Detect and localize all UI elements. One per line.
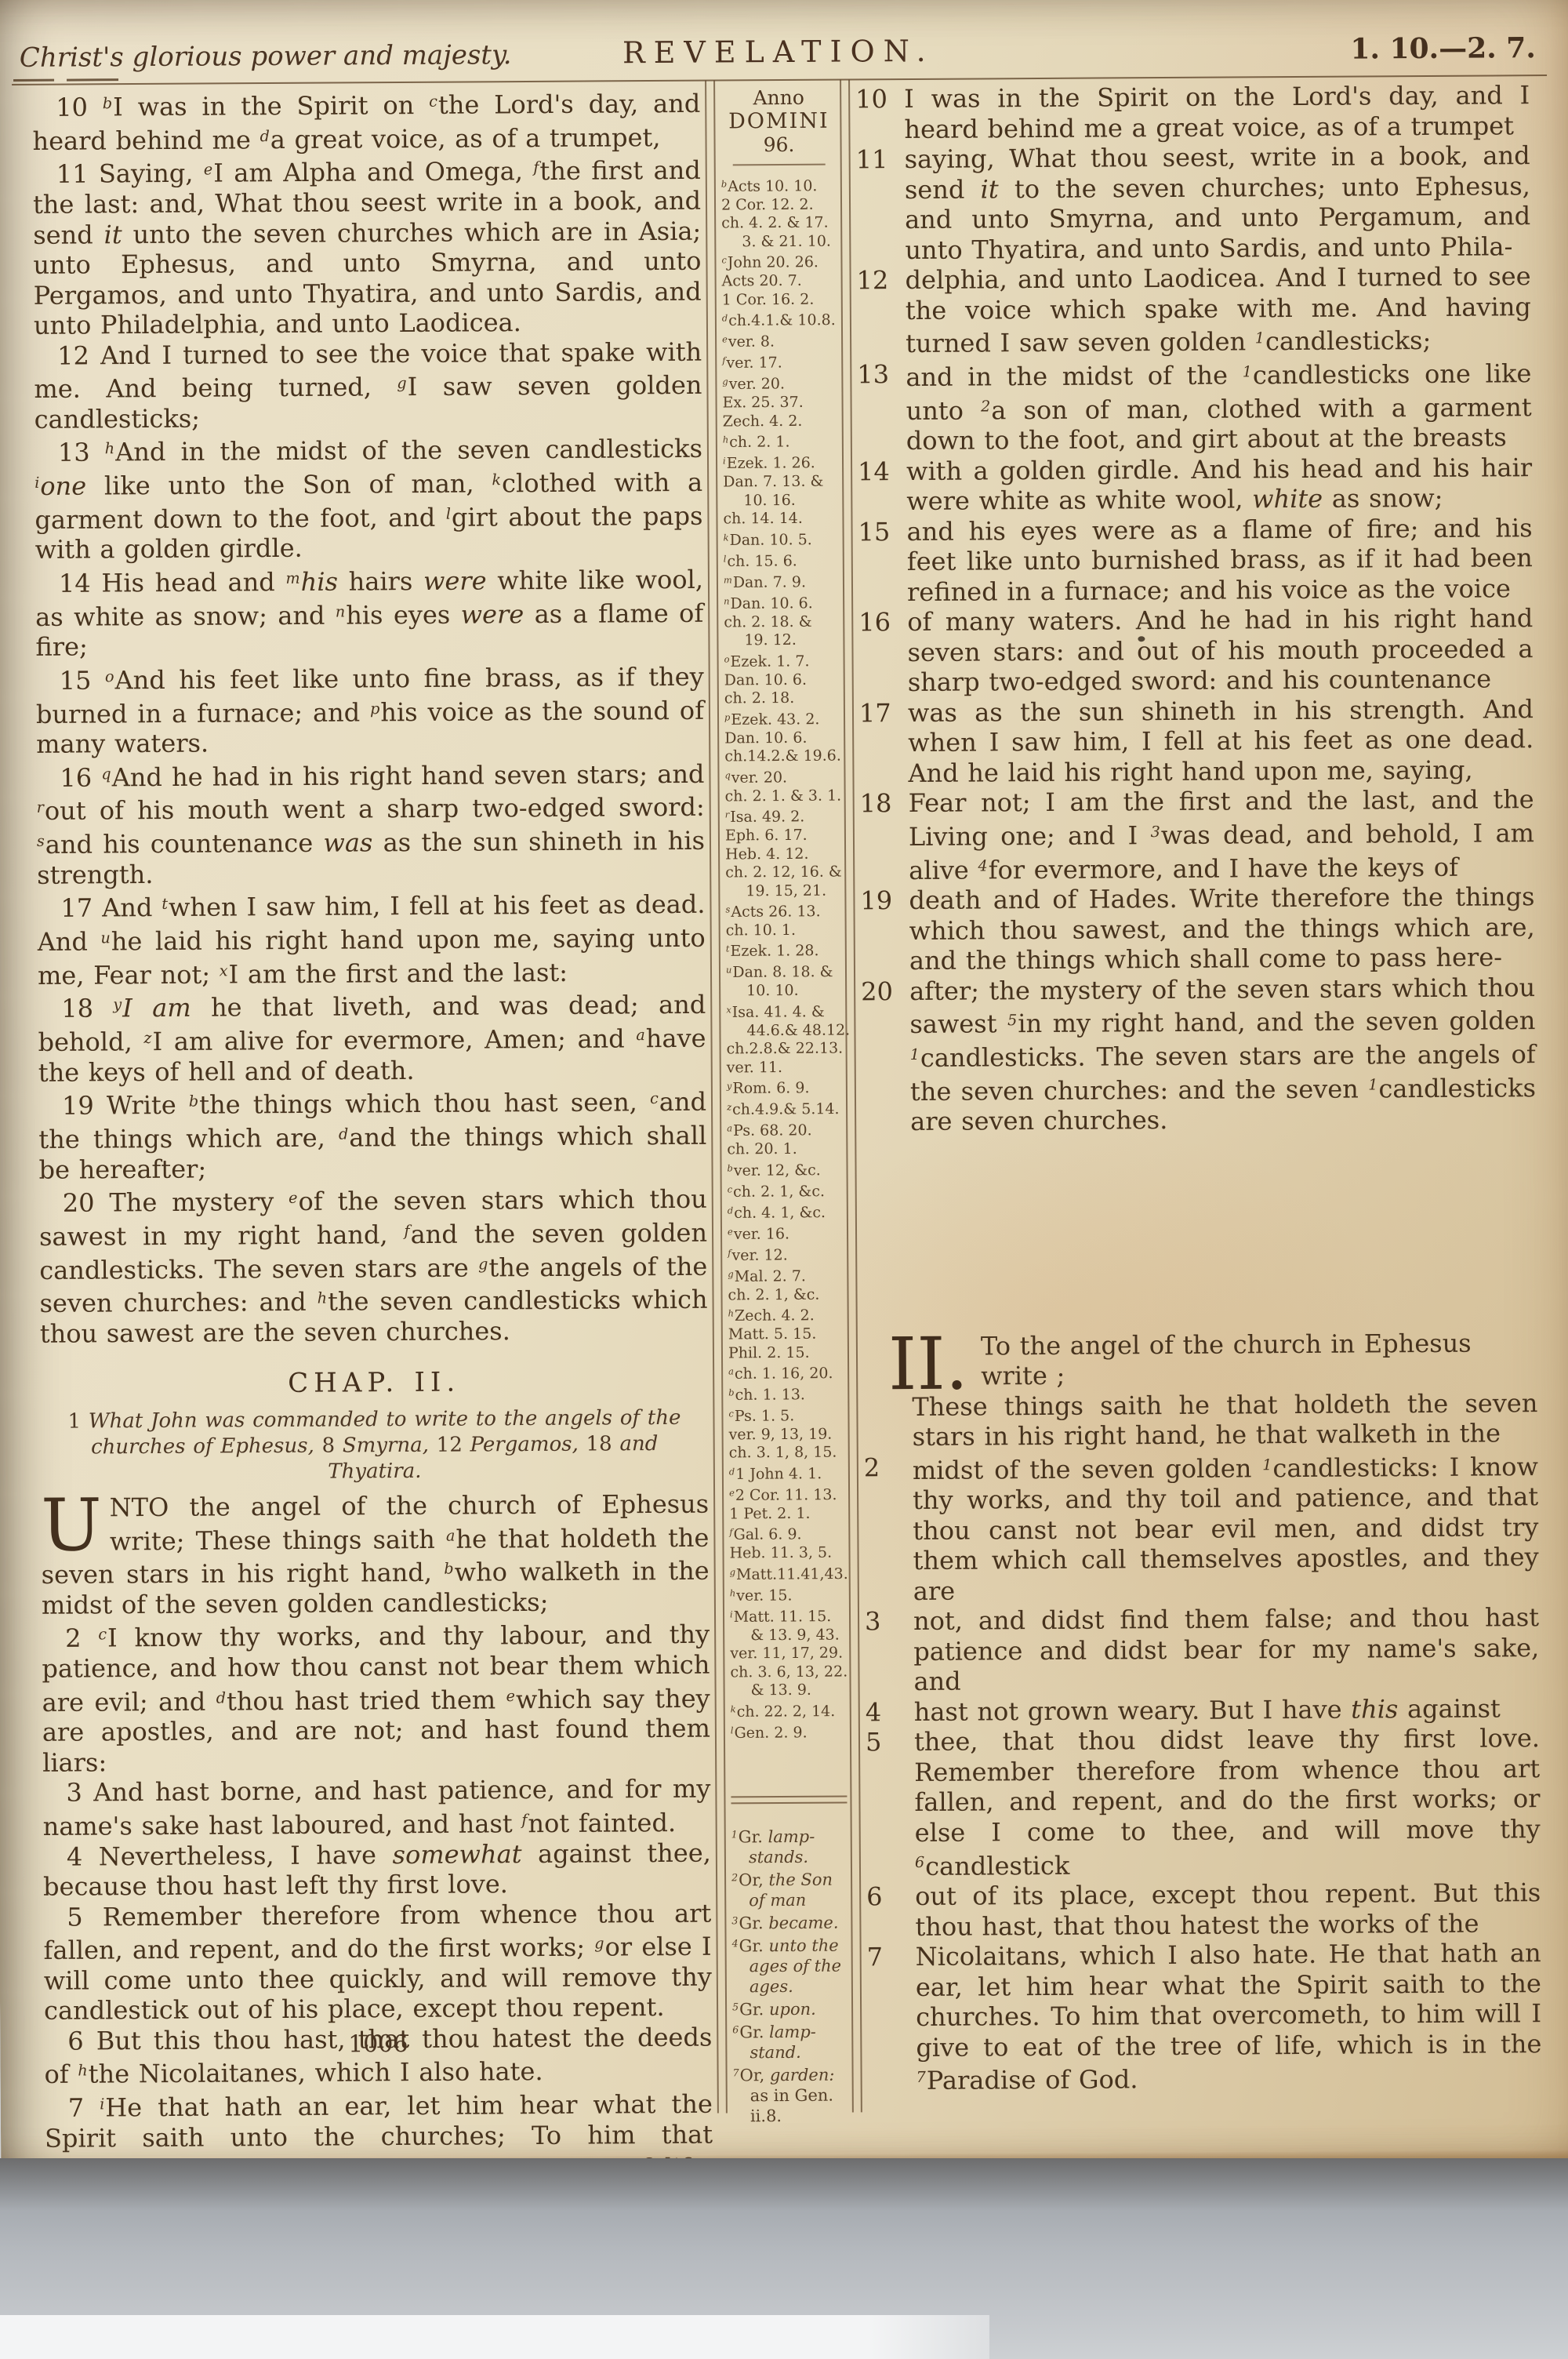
reference-line: ch.2.8.& 22.13. [727,1040,843,1059]
ref-mark: 6 [732,2023,739,2035]
ref-mark: b [103,94,112,112]
rv-verse: 10I was in the Spirit on the Lord's day,… [855,80,1530,144]
verse-number: 3 [865,1606,909,1637]
book-title: REVELATION. [0,30,1568,74]
reference-line: bch. 1. 13. [728,1383,844,1405]
reference-line: 3. & 21. 10. [721,233,837,252]
rv-verse: 13and in the midst of the 1candlesticks … [857,355,1532,456]
verse-number: 17 [859,698,903,729]
italic-text: Pergamos, [470,1433,579,1457]
italic-text: white [1252,484,1323,514]
ref-mark: g [728,1268,733,1279]
ref-mark: k [731,1703,736,1714]
ref-mark: a [636,1026,645,1044]
rv-verse: 2midst of the seven golden 1candlesticks… [864,1448,1539,1607]
footnote-line: 4Gr. unto the ages of the ages. [731,1932,848,1997]
ref-mark: 4 [978,857,987,875]
drop-cap: U [41,1492,110,1554]
rv-verse: 14with a golden girdle. And his head and… [858,453,1532,517]
ref-mark: u [100,929,110,947]
verse-paragraph: 20 The mystery eof the seven stars which… [39,1181,708,1350]
header-rule-dash [67,78,118,81]
verse-text: midst of the seven golden 1candlesticks:… [913,1452,1539,1606]
verse-number: 12 [857,265,901,296]
reference-line: ch. 4. 2. & 17. [721,214,837,233]
ref-mark: b [189,1092,198,1110]
reference-line: ver. 9, 13, 19. [729,1426,845,1445]
ref-mark: i [100,2095,104,2113]
ref-mark: n [724,595,729,606]
reference-line: ever. 16. [728,1222,844,1244]
ref-mark: h [105,440,114,458]
verse-text: and his eyes were as a flame of fire; an… [906,513,1532,607]
italic-text: lamp-stands. [749,1827,815,1867]
book-page: Christ's glorious power and majesty. REV… [0,0,1568,2173]
anno-line: 96. [720,133,837,158]
reference-line: Acts 20. 7. [722,272,838,291]
verse-text: death and of Hades. Write therefore the … [909,881,1534,976]
kjv-column: 10 bI was in the Spirit on cthe Lord's d… [32,85,713,2218]
rv-verse: 4hast not grown weary. But I have this a… [866,1693,1540,1728]
ref-mark: e [289,1189,297,1207]
rv-verse: 12delphia, and unto Laodicea. And I turn… [857,261,1532,359]
ref-mark: 1 [1368,1076,1377,1094]
ref-mark: 5 [1007,1011,1017,1029]
reference-line: ch. 3. 6, 13, 22. [730,1663,846,1681]
ref-mark: t [162,895,168,913]
rv-verse: 19death and of Hades. Write therefore th… [860,881,1535,976]
ref-mark: b [444,1560,453,1578]
rv-verse: 20after; the mystery of the seven stars … [861,972,1536,1137]
reference-line: dch. 4. 1, &c. [728,1201,844,1223]
reference-line: qver. 20. [724,765,840,787]
verse-text: with a golden girdle. And his head and h… [906,453,1532,516]
ref-mark: e [729,1487,735,1498]
reference-line: fver. 12. [728,1243,844,1265]
reference-line: Eph. 6. 17. [725,827,841,845]
anno-rule [733,164,826,166]
ref-mark: d [722,313,728,324]
verse-paragraph: 19 Write bthe things which thou hast see… [38,1084,707,1185]
ref-mark: b [721,178,727,189]
reference-line: aPs. 68. 20. [727,1119,843,1141]
verse-number: 6 [866,1881,910,1912]
reference-line: ach. 1. 16, 20. [728,1362,844,1384]
ref-mark: o [105,667,114,685]
ref-mark: f [533,158,539,176]
ref-mark: i [730,1608,733,1619]
reference-line: hZech. 4. 2. [728,1304,844,1326]
ref-mark: 7 [916,2068,926,2086]
rv-chapter-2-verses: These things saith he that holdeth the s… [863,1388,1541,2096]
verse-text: delphia, and unto Laodicea. And I turned… [906,261,1531,358]
verse-paragraph: 12 And I turned to see the voice that sp… [34,336,702,434]
verse-paragraph: 15 oAnd his feet like unto fine brass, a… [36,658,705,759]
anno-domini: Anno DOMINI 96. [720,86,837,158]
verse-text: and in the midst of the 1candlesticks on… [906,358,1531,456]
verse-text: These things saith he that holdeth the s… [912,1388,1537,1452]
ref-mark: f [729,1527,732,1538]
rv-verse: 17was as the sun shineth in his strength… [859,694,1534,789]
italic-text: unto the ages of the ages. [750,1936,841,1997]
verse-paragraph: 2 cI know thy works, and thy labour, and… [42,1616,710,1778]
reference-line: ch. 2. 12, 16. & [725,863,841,882]
ref-mark: p [370,700,379,718]
ref-mark: f [728,1247,731,1258]
reference-line: pEzek. 43. 2. [724,707,840,729]
reference-line: bActs 10. 10. [721,175,837,197]
verse-text: after; the mystery of the seven stars wh… [909,972,1536,1136]
reference-line: hch. 2. 1. [723,431,839,453]
ref-mark: c [98,1626,107,1644]
ref-mark: g [397,374,406,392]
verse-paragraph: 18 yI am he that liveth, and was dead; a… [38,987,706,1088]
ref-mark: d [728,1205,733,1216]
ref-mark: a [728,1365,734,1376]
ref-mark: k [724,532,729,543]
reference-line: sActs 26. 13. [725,900,841,922]
reference-line: 1 Pet. 2. 1. [729,1504,845,1523]
reference-line: xIsa. 41. 4. & [726,1000,842,1022]
verse-number: 5 [866,1727,909,1757]
reference-line: ch. 10. 1. [726,921,842,940]
ref-mark: e [722,334,728,345]
ref-mark: d [729,1466,735,1477]
verse-number: 14 [858,456,902,487]
rv-verse: 5thee, that thou didst leave thy first l… [866,1723,1541,1881]
verse-paragraph: 17 And twhen I saw him, I fell at his fe… [37,886,706,990]
reference-line: ch. 2. 18. & [724,612,840,631]
verse-text: I was in the Spirit on the Lord's day, a… [904,80,1530,144]
ref-mark: i [34,474,39,492]
ref-mark: q [101,765,111,783]
ref-mark: f [404,1222,409,1240]
reference-line: ver. 11. [727,1058,843,1077]
rv-verse: 16of many waters. And he had in his righ… [858,603,1534,698]
reference-line: dch.4.1.& 10.8. [722,309,838,331]
verse-text: of many waters. And he had in his right … [907,603,1533,697]
reference-line: ch. 14. 14. [723,510,839,529]
verse-paragraph: 10 bI was in the Spirit on cthe Lord's d… [32,85,701,157]
ref-mark: d [339,1125,348,1143]
verse-text: thee, that thou didst leave thy first lo… [914,1723,1541,1881]
verse-number: 15 [858,517,902,547]
reference-line: e2 Cor. 11. 13. [729,1483,845,1505]
ink-blot [1138,636,1145,642]
verse-number: 10 [855,84,899,114]
ref-mark: u [726,965,731,976]
verse-text: hast not grown weary. But I have this ag… [914,1693,1501,1727]
ref-mark: s [37,832,45,850]
ref-mark: y [727,1081,732,1092]
italic-text: Smyrna, [343,1434,429,1458]
reference-line: tEzek. 1. 28. [726,940,842,961]
reference-line: lGen. 2. 9. [731,1721,847,1743]
ref-mark: 1 [731,1828,738,1840]
verse-number: 7 [867,1942,911,1972]
rv-verse: 7Nicolaitans, which I also hate. He that… [867,1938,1542,2096]
reference-line: 19. 12. [724,631,840,650]
footnote-line: 5Gr. upon. [732,1996,848,2019]
ref-mark: b [727,1162,732,1173]
ref-mark: p [724,711,730,722]
ref-mark: h [78,2062,87,2080]
ref-mark: l [731,1725,734,1736]
ref-mark: m [724,574,732,585]
ref-mark: 7 [733,2066,739,2078]
ref-mark: e [728,1226,733,1237]
reference-line: ever. 8. [722,330,838,352]
reference-line: hver. 15. [730,1583,846,1605]
rv-column: 10I was in the Spirit on the Lord's day,… [855,80,1542,2096]
reference-line: 10. 16. [723,491,839,510]
reference-line: ch.14.2.& 19.6. [724,747,840,766]
reference-line: cch. 2. 1, &c. [728,1179,844,1201]
reference-line: Heb. 4. 12. [725,845,841,863]
italic-text: were [461,599,524,629]
ref-mark: 3 [731,1914,738,1926]
verse-number: 4 [866,1697,909,1728]
ref-mark: 1 [910,1045,920,1063]
desk-background [0,2158,1568,2359]
ref-mark: a [446,1526,456,1544]
reference-line: mDan. 7. 9. [724,570,840,592]
cross-references: bActs 10. 10.2 Cor. 12. 2.ch. 4. 2. & 17… [721,175,847,1743]
reference-line: uDan. 8. 18. & [726,961,842,983]
reference-line: gver. 20. [722,373,838,394]
ref-mark: a [727,1123,732,1134]
ref-mark: b [728,1387,734,1398]
verse-number: 2 [864,1452,908,1483]
ref-mark: c [728,1408,733,1419]
reference-line: fGal. 6. 9. [729,1523,845,1545]
ref-mark: x [726,1004,731,1015]
ref-mark: 1 [1262,1456,1272,1474]
footnote-line: 2Or, the Son of man [731,1866,848,1910]
ref-mark: 5 [732,2001,739,2012]
reference-line: cPs. 1. 5. [728,1405,844,1427]
verse-number: 16 [858,607,902,638]
ref-mark: c [429,93,437,111]
ref-mark: 3 [1150,823,1160,841]
ref-mark: 1 [1243,362,1252,380]
reference-line: bver. 12, &c. [727,1158,843,1180]
reference-line: fver. 17. [722,351,838,373]
chapter-summary: 1 What John was commanded to write to th… [40,1405,709,1487]
reference-line: d1 John 4. 1. [729,1463,845,1485]
ref-mark: n [336,602,345,620]
ref-mark: r [37,798,44,816]
reference-line: gMatt.11.41,43. [730,1562,846,1584]
ref-mark: l [724,553,727,564]
ref-mark: 2 [981,398,990,416]
ref-mark: 6 [915,1853,924,1871]
reference-line: nDan. 10. 6. [724,591,840,613]
italic-text: was [323,828,372,858]
italic-text: one [40,471,86,501]
ref-mark: g [478,1255,488,1273]
rv-chapter-1: 10I was in the Spirit on the Lord's day,… [855,80,1536,1137]
verse-paragraph: 13 hAnd in the midst of the seven candle… [34,431,703,565]
reference-line: Matt. 5. 15. [728,1325,844,1344]
reference-line: kDan. 10. 5. [724,528,840,550]
reference-line: Dan. 10. 6. [724,671,840,689]
ref-mark: k [492,471,501,489]
footnote-line: 1Gr. lamp-stands. [731,1823,848,1867]
ref-mark: c [728,1183,732,1194]
reference-line: ch. 2. 18. [724,689,840,708]
reference-line: yRom. 6. 9. [727,1077,843,1099]
reference-line: 10. 10. [726,982,842,1001]
reference-line: gMal. 2. 7. [728,1264,844,1286]
reference-line: lch. 15. 6. [724,549,840,571]
verse-number: 11 [856,144,900,175]
ref-mark: e [506,1687,515,1705]
ref-mark: 4 [732,1937,739,1949]
verse-text: out of its place, except thou repent. Bu… [915,1877,1541,1941]
ref-mark: z [727,1102,731,1113]
italic-text: it [103,220,122,249]
italic-text: I am [122,993,191,1023]
verse-text: saying, What thou seest, write in a book… [905,140,1531,264]
verse-text: Fear not; I am the first and the last, a… [909,784,1534,885]
verse-number: 20 [861,976,905,1007]
italic-text: somewhat [392,1839,521,1870]
chapter-heading: CHAP. II. [40,1365,708,1400]
footnotes: 1Gr. lamp-stands.2Or, the Son of man3Gr.… [731,1823,849,2126]
ref-mark: 1 [1255,329,1265,347]
ref-mark: h [723,434,728,445]
rv-verse: These things saith he that holdeth the s… [863,1388,1537,1452]
reference-line: ver. 11, 17, 29. [730,1645,846,1663]
ref-mark: g [722,376,728,387]
verse-number: 13 [857,359,901,390]
italic-text: upon. [769,2000,816,2019]
reference-line: cJohn 20. 26. [721,251,837,273]
verse-paragraph: 11 Saying, eI am Alpha and Omega, fthe f… [33,152,702,340]
reference-line: Dan. 7. 13. & [723,473,839,492]
verse-paragraph: 5 Remember therefore from whence thou ar… [43,1898,712,2026]
reference-line: rIsa. 49. 2. [725,805,841,827]
verse-text: Nicolaitans, which I also hate. He that … [916,1938,1542,2095]
ref-mark: m [285,569,299,587]
footnote-separator [731,1795,847,1804]
italic-text: his [301,567,338,597]
reference-line: Ex. 25. 37. [723,394,839,413]
italic-text: the Son of man [749,1870,833,1910]
footnote-line: 3Gr. became. [731,1910,848,1933]
italic-text: were [423,565,487,595]
footnote-line: 6Gr. lamp-stand. [732,2019,848,2063]
chapter-numeral: II. [888,1328,968,1401]
reference-line: ch. 2. 1. & 3. 1. [725,787,841,805]
ref-mark: c [650,1089,659,1107]
rv-verse: 6out of its place, except thou repent. B… [866,1877,1541,1942]
reference-line: iEzek. 1. 26. [723,452,839,474]
verse-text: not, and didst find them false; and thou… [913,1602,1539,1696]
verse-range: 1. 10.—2. 7. [1350,31,1536,65]
verse-paragraph: UNTO the angel of the church of Ephesus … [41,1489,710,1621]
anno-line: DOMINI [720,110,837,134]
anno-line: Anno [720,86,837,111]
reference-line: Heb. 11. 3, 5. [729,1544,845,1563]
rv-verse: 18Fear not; I am the first and the last,… [860,784,1535,885]
reference-line: & 13. 9, 43. [730,1626,846,1645]
reference-line: 2 Cor. 12. 2. [721,196,837,215]
ref-mark: l [446,504,451,522]
ref-mark: e [204,161,212,179]
italic-text: became. [768,1913,838,1932]
reference-line: 44.6.& 48.12. [726,1021,842,1040]
verse-paragraph: 14 His head and mhis hairs were white li… [35,562,704,663]
ref-mark: r [725,809,730,820]
verse-number: 19 [860,885,904,916]
reference-line: ch. 3. 1, 8, 15. [729,1444,845,1463]
italic-text: garden: [770,2066,835,2085]
reference-line: ch. 20. 1. [727,1140,843,1159]
ref-mark: o [724,653,730,664]
ref-mark: h [728,1307,734,1318]
ref-mark: f [722,355,725,366]
reference-line: & 13. 9. [731,1681,847,1700]
ref-mark: q [724,769,730,780]
ref-mark: c [721,255,726,266]
reference-line: Phil. 2. 15. [728,1343,844,1362]
reference-line: 19. 15, 21. [725,881,841,900]
reference-line: zch.4.9.& 5.14. [727,1098,843,1120]
ref-mark: t [726,943,730,954]
verse-paragraph: 16 qAnd he had in his right hand seven s… [36,755,705,890]
italic-text: this [1351,1694,1398,1724]
ref-mark: g [730,1566,735,1577]
ref-mark: d [216,1688,226,1707]
italic-text: it [980,174,998,204]
ref-mark: h [730,1587,735,1598]
desk-white-strip [0,2315,989,2359]
ref-mark: y [113,996,122,1014]
ref-mark: s [725,903,730,914]
reference-line: iMatt. 11. 15. [730,1605,846,1627]
ref-mark: g [594,1935,604,1953]
header-rule-dash [13,79,54,82]
verse-number: 18 [860,788,904,819]
ref-mark: f [521,1811,527,1829]
rv-verse: 15and his eyes were as a flame of fire; … [858,513,1533,608]
ref-mark: h [318,1289,327,1307]
rv-verse: 11saying, What thou seest, write in a bo… [856,140,1531,265]
ref-mark: 2 [731,1871,738,1883]
italic-text: lamp-stand. [750,2023,816,2063]
reference-column: Anno DOMINI 96. bActs 10. 10.2 Cor. 12. … [720,86,849,2127]
ref-mark: x [220,961,228,980]
verse-paragraph: 4 Nevertheless, I have somewhat against … [43,1837,711,1902]
ref-mark: i [723,456,726,467]
ref-mark: d [260,127,269,145]
reference-line: Zech. 4. 2. [723,412,839,431]
reference-line: ch. 2. 1, &c. [728,1285,844,1304]
reference-line: oEzek. 1. 7. [724,649,840,671]
reference-line: kch. 22. 2, 14. [731,1699,847,1721]
verse-text: was as the sun shineth in his strength. … [908,694,1534,788]
ref-mark: z [143,1029,151,1047]
rv-chapter-2: II. To the angel of the church in Ephesu… [863,1328,1542,2096]
reference-line: 1 Cor. 16. 2. [722,291,838,310]
footnote-line: 7Or, garden: as in Gen. ii.8. [733,2063,849,2127]
reference-line: Dan. 10. 6. [724,729,840,747]
rv-verse: 3not, and didst find them false; and tho… [865,1602,1540,1697]
page-number: 1006 [44,2029,712,2060]
verse-paragraph: 3 And hast borne, and hast patience, and… [42,1774,710,1841]
